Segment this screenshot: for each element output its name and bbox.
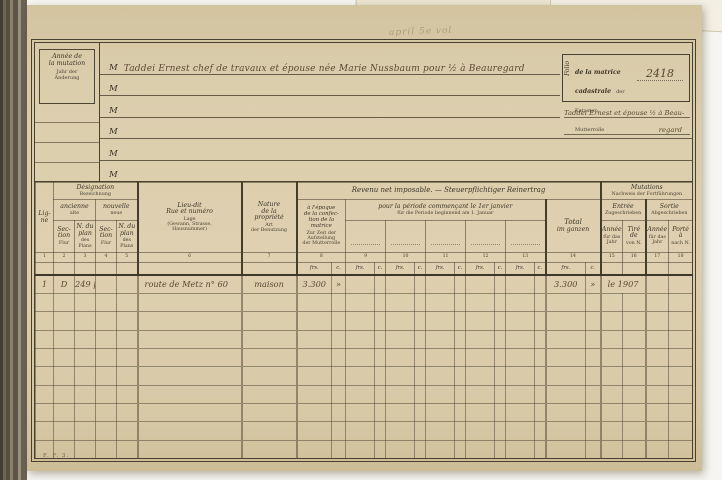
ruling-line: [35, 142, 99, 143]
owner-row: M: [99, 96, 560, 117]
empty-cell: [75, 293, 96, 311]
empty-cell: [75, 348, 96, 366]
empty-cell: [586, 440, 601, 458]
empty-cell: [54, 293, 75, 311]
table-row-empty: [36, 440, 693, 458]
empty-cell: [495, 440, 506, 458]
empty-cell: [601, 440, 623, 458]
empty-cell: [455, 385, 466, 403]
printer-mark: F. F. 3.: [43, 453, 69, 459]
table-row-entry: 1 D 249 p route de Metz n° 60 maison 3.3…: [36, 275, 693, 293]
empty-cell: [586, 293, 601, 311]
empty-cell: [535, 385, 546, 403]
empty-cell: [546, 312, 586, 330]
empty-cell: [535, 440, 546, 458]
empty-cell: [346, 330, 375, 348]
empty-cell: [117, 330, 138, 348]
owner-row: M Taddei Ernest chef de travaux et épous…: [99, 43, 560, 75]
empty-cell: [386, 312, 415, 330]
cell-plan-old: 249 p: [75, 275, 96, 293]
empty-cell: [332, 367, 346, 385]
col-header-ligne: Lig- ne: [36, 183, 54, 253]
empty-cell: [601, 367, 623, 385]
cell-total-frs: 3.300: [546, 275, 586, 293]
empty-cell: [346, 440, 375, 458]
empty-cell: [495, 403, 506, 421]
cell-total-c: »: [586, 275, 601, 293]
table-row-empty: [36, 348, 693, 366]
unit-frs: frs.: [546, 263, 586, 275]
table-row-empty: [36, 367, 693, 385]
empty-cell: [297, 403, 332, 421]
empty-cell: [535, 403, 546, 421]
empty-cell: [415, 440, 426, 458]
col-header-annee-sortie: Annéefür das Jahr: [646, 220, 669, 253]
folio-owner-line: regard: [564, 118, 690, 135]
empty-cell: [242, 403, 297, 421]
empty-cell: [623, 367, 646, 385]
table-row-empty: [36, 403, 693, 421]
empty-cell: [506, 293, 535, 311]
empty-cell: [415, 422, 426, 440]
empty-cell: [495, 422, 506, 440]
owner-row: M: [99, 161, 692, 181]
empty-cell: [601, 403, 623, 421]
col-header-designation: DésignationBezeichnung: [54, 183, 138, 200]
col-header-sortie: SortieAbgeschrieben: [646, 200, 693, 220]
empty-cell: [36, 330, 54, 348]
empty-cell: [623, 403, 646, 421]
empty-cell: [535, 330, 546, 348]
cadastre-table: Lig- ne DésignationBezeichnung Lieu-dit …: [35, 182, 693, 459]
empty-cell: [426, 367, 455, 385]
folio-owner-line: Taddei Ernest et épouse ½ à Beau-: [564, 101, 690, 118]
empty-cell: [426, 312, 455, 330]
empty-cell: [646, 263, 669, 275]
col-number: 16: [623, 253, 646, 263]
empty-cell: [623, 330, 646, 348]
empty-cell: [386, 330, 415, 348]
col-header-porte-a: Porté ànach N.: [669, 220, 693, 253]
empty-cell: [646, 403, 669, 421]
empty-cell: [623, 422, 646, 440]
cell-epoque-c: »: [332, 275, 346, 293]
unit-c: c.: [415, 263, 426, 275]
empty-cell: [54, 348, 75, 366]
empty-cell: [332, 312, 346, 330]
empty-cell: [669, 440, 693, 458]
empty-cell: [415, 275, 426, 293]
col-number: 12: [466, 253, 506, 263]
empty-cell: [546, 403, 586, 421]
empty-cell: [386, 403, 415, 421]
empty-cell: [96, 263, 117, 275]
col-header-annee-entree: Annéefür das Jahr: [601, 220, 623, 253]
unit-c: c.: [495, 263, 506, 275]
empty-cell: [242, 312, 297, 330]
register-frame: Année de la mutation Jahr der Änderung M…: [34, 42, 693, 459]
empty-cell: [415, 403, 426, 421]
empty-cell: [346, 367, 375, 385]
col-header-periode: pour la période commençant le 1er janvie…: [346, 200, 546, 220]
empty-cell: [601, 263, 623, 275]
empty-cell: [623, 293, 646, 311]
empty-cell: [535, 422, 546, 440]
col-header-lieu-dit: Lieu-dit Rue et numéroLage (Gewann, Stra…: [138, 183, 242, 253]
empty-cell: [426, 403, 455, 421]
empty-cell: [466, 367, 495, 385]
unit-c: c.: [586, 263, 601, 275]
owner-row-prefix: M: [109, 170, 118, 180]
ruling-line: [35, 162, 99, 163]
empty-cell: [506, 367, 535, 385]
empty-cell: [332, 403, 346, 421]
col-number: 18: [669, 253, 693, 263]
empty-cell: [506, 403, 535, 421]
empty-cell: [386, 293, 415, 311]
empty-cell: [346, 275, 375, 293]
empty-cell: [117, 293, 138, 311]
empty-cell: [646, 293, 669, 311]
empty-cell: [601, 293, 623, 311]
empty-cell: [346, 403, 375, 421]
empty-cell: [506, 422, 535, 440]
empty-cell: [669, 293, 693, 311]
empty-cell: [466, 293, 495, 311]
empty-cell: [36, 422, 54, 440]
empty-cell: [138, 403, 242, 421]
folio-box: Folio de la matrice cadastrale der Katas…: [562, 54, 690, 102]
empty-cell: [535, 367, 546, 385]
empty-cell: [297, 385, 332, 403]
col-number: 14: [546, 253, 601, 263]
cell-lieu-dit: route de Metz n° 60: [138, 275, 242, 293]
empty-cell: [75, 367, 96, 385]
table-row-empty: [36, 330, 693, 348]
owner-handwriting: Taddei Ernest chef de travaux et épouse …: [124, 64, 525, 74]
col-header-tire-de: Tiré devon N.: [623, 220, 646, 253]
col-number: 4: [96, 253, 117, 263]
currency-unit-row: frs.c. frs.c. frs.c. frs.c. frs.c. frs.c…: [36, 263, 693, 275]
empty-cell: [332, 348, 346, 366]
empty-cell: [117, 312, 138, 330]
empty-cell: [54, 312, 75, 330]
table-row-empty: [36, 385, 693, 403]
empty-cell: [242, 348, 297, 366]
empty-cell: [138, 385, 242, 403]
empty-cell: [669, 422, 693, 440]
empty-cell: [54, 385, 75, 403]
empty-cell: [242, 422, 297, 440]
empty-cell: [96, 422, 117, 440]
empty-cell: [297, 312, 332, 330]
empty-cell: [455, 330, 466, 348]
empty-cell: [138, 367, 242, 385]
col-header-nouvelle: nouvelleneue: [96, 200, 138, 220]
empty-cell: [138, 330, 242, 348]
empty-cell: [375, 403, 386, 421]
empty-cell: [415, 312, 426, 330]
empty-cell: [546, 330, 586, 348]
empty-cell: [297, 367, 332, 385]
empty-cell: [332, 293, 346, 311]
empty-cell: [669, 367, 693, 385]
empty-cell: [646, 422, 669, 440]
empty-cell: [495, 348, 506, 366]
empty-cell: [242, 293, 297, 311]
owner-row: M: [99, 139, 692, 160]
col-number: 17: [646, 253, 669, 263]
empty-cell: [455, 312, 466, 330]
cell-epoque-frs: 3.300: [297, 275, 332, 293]
col-number: 15: [601, 253, 623, 263]
empty-cell: [346, 293, 375, 311]
cell-nature: maison: [242, 275, 297, 293]
empty-cell: [36, 367, 54, 385]
empty-cell: [546, 367, 586, 385]
empty-cell: [346, 385, 375, 403]
col-header-nature: Nature de la propriétéArt der Benutzung: [242, 183, 297, 253]
column-number-row: 1 2 3 4 5 6 7 8 9 10 11 12 13 14 15 16 1: [36, 253, 693, 263]
empty-cell: [242, 263, 297, 275]
empty-cell: [242, 385, 297, 403]
empty-cell: [375, 385, 386, 403]
empty-cell: [117, 422, 138, 440]
empty-cell: [346, 348, 375, 366]
empty-cell: [375, 275, 386, 293]
col-header-epoque: à l'époque de la confec- tion de la matr…: [297, 200, 346, 253]
empty-cell: [535, 275, 546, 293]
mutation-year-column: Année de la mutation Jahr der Änderung: [35, 43, 100, 181]
owner-row-prefix: M: [109, 63, 118, 73]
empty-cell: [386, 422, 415, 440]
empty-cell: [297, 293, 332, 311]
empty-cell: [506, 312, 535, 330]
empty-cell: [646, 330, 669, 348]
empty-cell: [138, 312, 242, 330]
empty-cell: [242, 330, 297, 348]
cell-plan-new: [117, 275, 138, 293]
empty-cell: [546, 385, 586, 403]
unit-frs: frs.: [506, 263, 535, 275]
empty-cell: [386, 367, 415, 385]
empty-cell: [75, 330, 96, 348]
empty-cell: [138, 293, 242, 311]
empty-cell: [426, 385, 455, 403]
col-number: 5: [117, 253, 138, 263]
empty-cell: [426, 440, 455, 458]
empty-cell: [386, 385, 415, 403]
empty-cell: [426, 330, 455, 348]
empty-cell: [117, 385, 138, 403]
empty-cell: [375, 440, 386, 458]
year-blank-cell: [346, 220, 386, 253]
owner-row-prefix: M: [109, 106, 118, 116]
empty-cell: [375, 293, 386, 311]
empty-cell: [466, 440, 495, 458]
empty-cell: [75, 440, 96, 458]
table-row-empty: [36, 312, 693, 330]
col-number: 3: [75, 253, 96, 263]
owner-section: Année de la mutation Jahr der Änderung M…: [35, 43, 692, 182]
cell-entree-annee: le 1907: [601, 275, 646, 293]
empty-cell: [506, 275, 535, 293]
empty-cell: [117, 367, 138, 385]
empty-cell: [495, 385, 506, 403]
empty-cell: [646, 367, 669, 385]
empty-cell: [117, 403, 138, 421]
empty-cell: [96, 293, 117, 311]
empty-cell: [415, 367, 426, 385]
cell-section-new: [96, 275, 117, 293]
empty-cell: [415, 330, 426, 348]
empty-cell: [375, 367, 386, 385]
col-number: 11: [426, 253, 466, 263]
owner-row: M: [99, 75, 560, 96]
empty-cell: [36, 385, 54, 403]
empty-cell: [36, 263, 54, 275]
col-header-plan-new: N. du plandes Plans: [117, 220, 138, 253]
empty-cell: [466, 312, 495, 330]
col-number: 10: [386, 253, 426, 263]
unit-c: c.: [455, 263, 466, 275]
col-number: 1: [36, 253, 54, 263]
empty-cell: [455, 422, 466, 440]
empty-cell: [96, 312, 117, 330]
empty-cell: [117, 440, 138, 458]
empty-cell: [601, 348, 623, 366]
unit-frs: frs.: [346, 263, 375, 275]
empty-cell: [96, 403, 117, 421]
col-header-section-new: Sec- tionFlur: [96, 220, 117, 253]
empty-cell: [96, 367, 117, 385]
empty-cell: [455, 348, 466, 366]
col-header-plan-old: N. du plandes Plans: [75, 220, 96, 253]
empty-cell: [466, 275, 495, 293]
empty-cell: [138, 263, 242, 275]
col-number: 6: [138, 253, 242, 263]
document-page: april 5e vol Année de la mutation Jahr d…: [27, 5, 702, 471]
col-number: 8: [297, 253, 346, 263]
ruling-line: [35, 122, 99, 123]
empty-cell: [36, 312, 54, 330]
empty-cell: [586, 385, 601, 403]
empty-cell: [375, 312, 386, 330]
empty-cell: [426, 275, 455, 293]
empty-cell: [117, 348, 138, 366]
empty-cell: [54, 367, 75, 385]
col-header-section-old: Sec- tionFlur: [54, 220, 75, 253]
col-header-revenu: Revenu net imposable. — Steuerpflichtige…: [297, 183, 601, 200]
unit-frs: frs.: [297, 263, 332, 275]
empty-cell: [375, 348, 386, 366]
empty-cell: [506, 440, 535, 458]
empty-cell: [415, 385, 426, 403]
empty-cell: [455, 440, 466, 458]
empty-cell: [586, 312, 601, 330]
empty-cell: [623, 385, 646, 403]
empty-cell: [669, 403, 693, 421]
empty-cell: [36, 348, 54, 366]
empty-cell: [586, 422, 601, 440]
col-number: 9: [346, 253, 386, 263]
empty-cell: [426, 348, 455, 366]
empty-cell: [535, 293, 546, 311]
scan-background: april 5e vol Année de la mutation Jahr d…: [0, 0, 722, 480]
empty-cell: [586, 403, 601, 421]
unit-c: c.: [535, 263, 546, 275]
empty-cell: [495, 367, 506, 385]
empty-cell: [455, 293, 466, 311]
empty-cell: [535, 348, 546, 366]
empty-cell: [455, 367, 466, 385]
empty-cell: [75, 312, 96, 330]
folio-number: 2418: [637, 67, 683, 81]
empty-cell: [669, 348, 693, 366]
folio-owner-note: Taddei Ernest et épouse ½ à Beau- regard: [564, 101, 690, 135]
col-header-ancienne: anciennealte: [54, 200, 96, 220]
unit-c: c.: [375, 263, 386, 275]
col-number: 13: [506, 253, 546, 263]
col-header-total: Totalim ganzen: [546, 200, 601, 253]
empty-cell: [466, 422, 495, 440]
empty-cell: [466, 385, 495, 403]
empty-cell: [669, 263, 693, 275]
empty-cell: [646, 312, 669, 330]
empty-cell: [36, 403, 54, 421]
empty-cell: [455, 275, 466, 293]
empty-cell: [535, 312, 546, 330]
empty-cell: [601, 312, 623, 330]
folio-label-fr: de la matrice cadastrale: [575, 69, 621, 95]
mutation-year-label: Année de la mutation Jahr der Änderung: [39, 49, 95, 104]
empty-cell: [466, 403, 495, 421]
empty-cell: [138, 348, 242, 366]
unit-frs: frs.: [466, 263, 495, 275]
empty-cell: [506, 385, 535, 403]
folio-vertical-label: Folio: [564, 61, 571, 76]
empty-cell: [36, 293, 54, 311]
empty-cell: [386, 275, 415, 293]
empty-cell: [426, 293, 455, 311]
empty-cell: [386, 440, 415, 458]
empty-cell: [96, 348, 117, 366]
empty-cell: [54, 263, 75, 275]
unit-frs: frs.: [426, 263, 455, 275]
empty-cell: [669, 312, 693, 330]
empty-cell: [506, 348, 535, 366]
empty-cell: [426, 422, 455, 440]
empty-cell: [346, 312, 375, 330]
empty-cell: [546, 348, 586, 366]
empty-cell: [669, 275, 693, 293]
empty-cell: [415, 348, 426, 366]
empty-cell: [415, 293, 426, 311]
empty-cell: [386, 348, 415, 366]
empty-cell: [297, 348, 332, 366]
year-blank-cell: [466, 220, 506, 253]
empty-cell: [546, 422, 586, 440]
empty-cell: [138, 422, 242, 440]
empty-cell: [332, 385, 346, 403]
table-row-empty: [36, 422, 693, 440]
empty-cell: [601, 385, 623, 403]
empty-cell: [75, 263, 96, 275]
empty-cell: [375, 330, 386, 348]
empty-cell: [495, 312, 506, 330]
empty-cell: [546, 293, 586, 311]
col-header-entree: EntréeZugeschrieben: [601, 200, 646, 220]
